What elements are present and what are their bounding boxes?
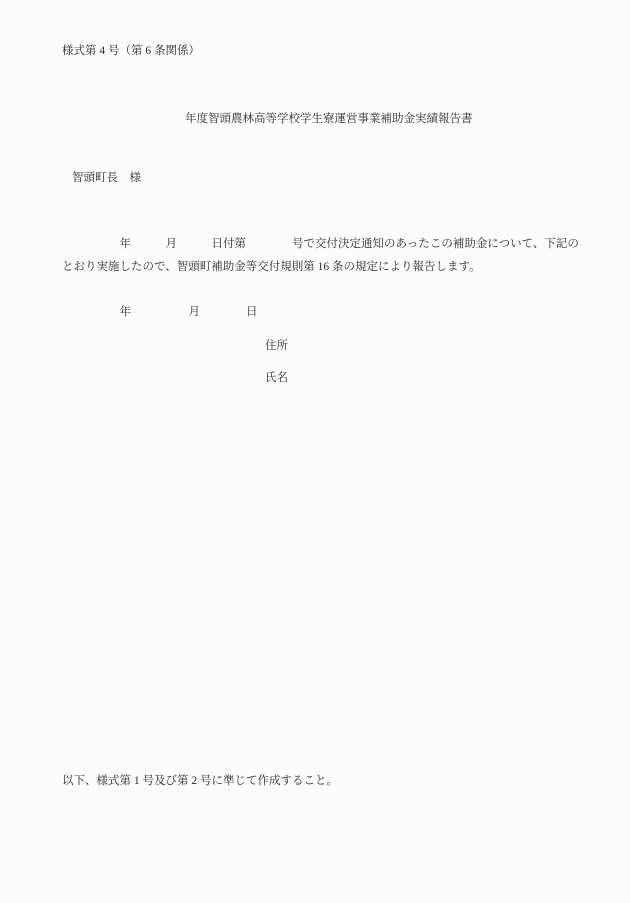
date-line: 年 月 日 xyxy=(62,305,258,320)
addressee-line: 智頭町長 様 xyxy=(72,171,141,186)
name-label: 氏名 xyxy=(265,371,288,386)
footer-note: 以下、様式第 1 号及び第 2 号に準じて作成すること。 xyxy=(62,774,338,789)
document-page: 様式第 4 号（第 6 条関係） 年度智頭農林高等学校学生寮運営事業補助金実績報… xyxy=(0,0,630,903)
body-paragraph-line-1: 年 月 日付第 号で交付決定通知のあったこの補助金について、下記の xyxy=(62,237,579,252)
document-title: 年度智頭農林高等学校学生寮運営事業補助金実績報告書 xyxy=(185,112,473,127)
address-label: 住所 xyxy=(265,339,288,354)
form-number: 様式第 4 号（第 6 条関係） xyxy=(62,44,200,59)
body-paragraph-line-2: とおり実施したので、智頭町補助金等交付規則第 16 条の規定により報告します。 xyxy=(62,260,481,275)
